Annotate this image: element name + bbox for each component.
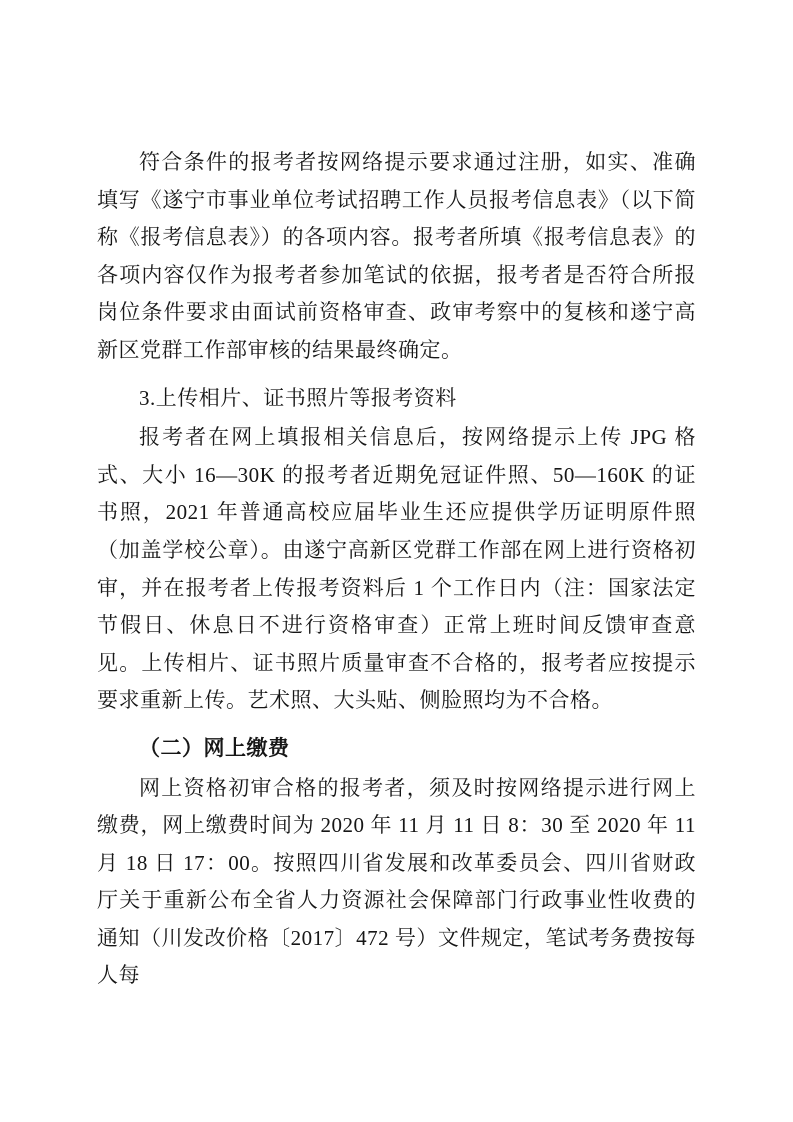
document-page: 符合条件的报考者按网络提示要求通过注册，如实、准确填写《遂宁市事业单位考试招聘工… <box>0 0 793 1122</box>
heading-online-payment: （二）网上缴费 <box>97 730 696 768</box>
subheading-upload-materials: 3.上传相片、证书照片等报考资料 <box>97 380 696 418</box>
document-content: 符合条件的报考者按网络提示要求通过注册，如实、准确填写《遂宁市事业单位考试招聘工… <box>97 144 696 995</box>
paragraph-payment-details: 网上资格初审合格的报考者，须及时按网络提示进行网上缴费，网上缴费时间为 2020… <box>97 770 696 996</box>
paragraph-registration-info: 符合条件的报考者按网络提示要求通过注册，如实、准确填写《遂宁市事业单位考试招聘工… <box>97 144 696 370</box>
paragraph-upload-requirements: 报考者在网上填报相关信息后，按网络提示上传 JPG 格式、大小 16—30K 的… <box>97 419 696 720</box>
